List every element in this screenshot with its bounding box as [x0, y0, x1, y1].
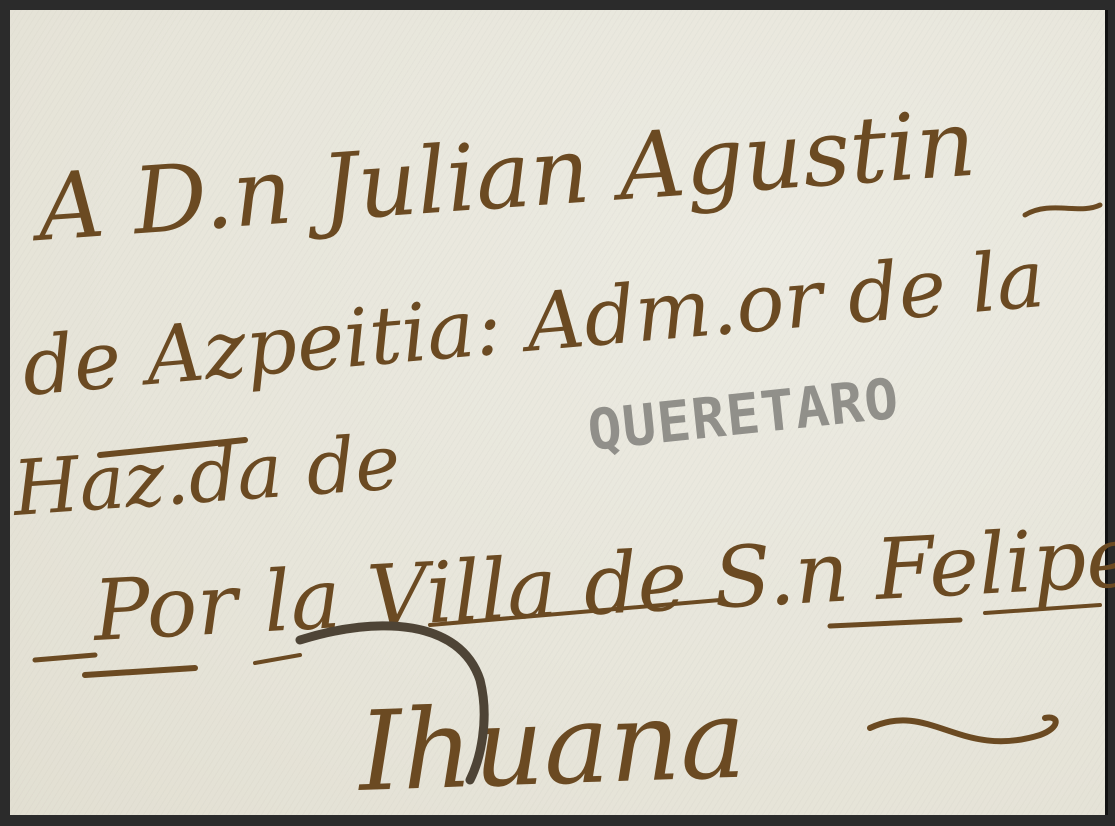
handwritten-address: A D.n Julian Agustin de Azpeitia: Adm.or…	[0, 0, 1115, 826]
address-line-5: Ihuana	[354, 675, 747, 817]
queretaro-postmark: QUERETARO	[585, 367, 903, 464]
address-line-4: Por la Villa de S.n Felipe	[89, 507, 1115, 660]
address-line-1: A D.n Julian Agustin	[26, 90, 979, 263]
address-line-3: Haz.da de	[8, 417, 403, 533]
